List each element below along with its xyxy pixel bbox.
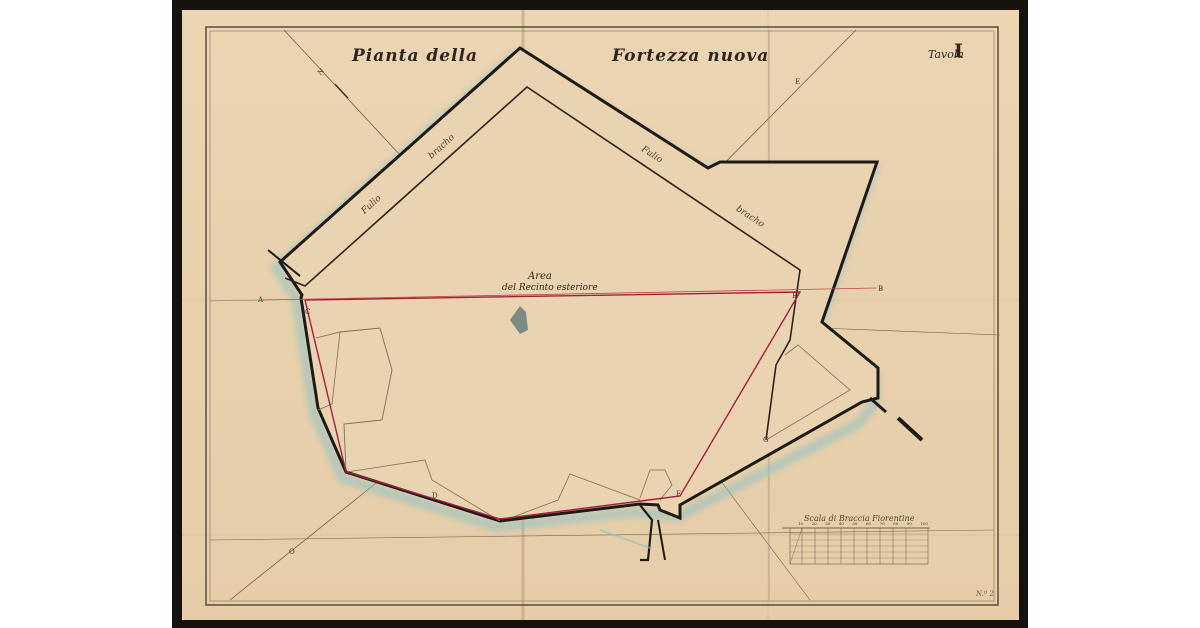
scale-ticks: 10 20 30 40 50 60 70 80 90 100 (798, 521, 928, 526)
compass-east: E (795, 78, 800, 86)
point-d: D (432, 492, 438, 500)
folio-mark: N.º 2 (976, 590, 994, 598)
map-title-right: Fortezza nuova (612, 46, 769, 66)
point-a: A (258, 296, 263, 304)
compass-west: O (289, 548, 295, 556)
area-label-line2: del Recinto esteriore (502, 283, 598, 293)
scale-bar (782, 528, 930, 564)
area-label-line1: Area (528, 271, 552, 282)
point-e: E (792, 292, 797, 300)
point-b: B (878, 285, 883, 293)
point-f: F (676, 490, 681, 498)
sheet-number: I (954, 40, 963, 62)
map-title-left: Pianta della (352, 46, 478, 66)
point-g: G (763, 436, 769, 444)
compass-line-west (230, 480, 380, 600)
point-c: C (305, 308, 310, 316)
fortress-plan-drawing (0, 0, 1200, 628)
